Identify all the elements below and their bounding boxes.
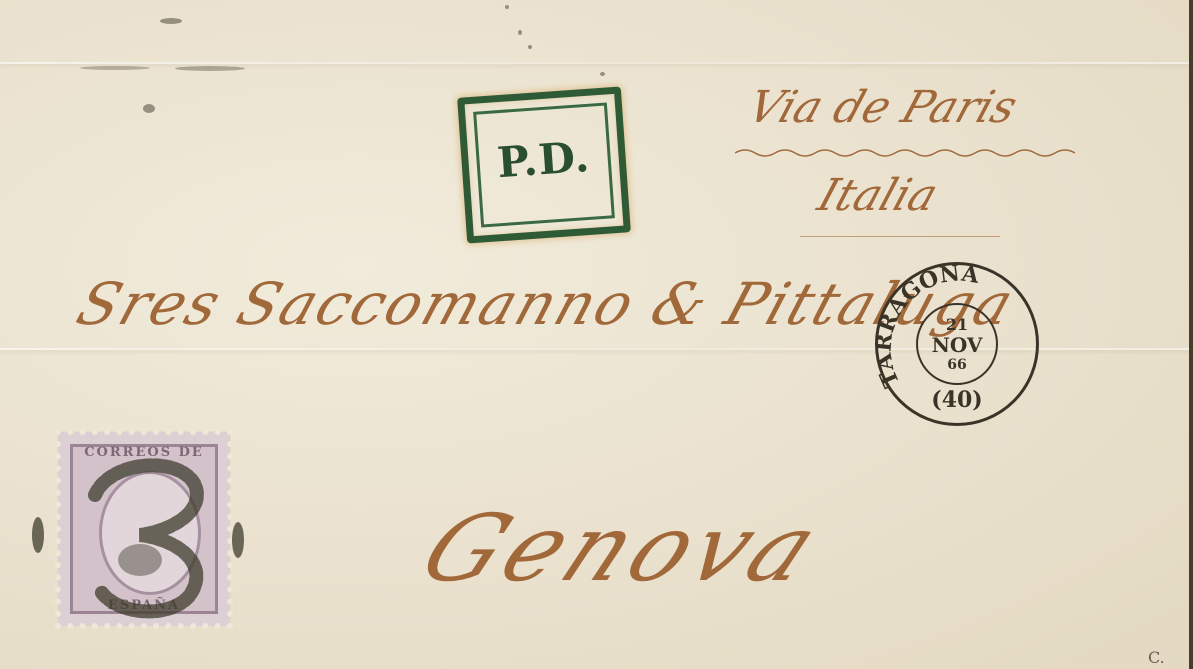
- date-stamp-year: 66: [878, 357, 1036, 373]
- date-stamp-month: NOV: [878, 333, 1036, 357]
- fold-line-top: [0, 62, 1193, 64]
- pd-handstamp: P.D.: [457, 86, 631, 243]
- ink-smudge: [505, 5, 509, 9]
- wavy-underline: [735, 145, 1080, 159]
- circular-date-stamp: TARRAGONA 21 NOV 66 (40): [875, 262, 1039, 426]
- cover-edge: [1189, 0, 1193, 669]
- ink-smudge: [160, 18, 182, 24]
- corner-mark: C.: [1148, 648, 1165, 667]
- routing-underline: [800, 236, 1000, 237]
- ink-smudge: [528, 45, 532, 49]
- ink-smudge: [518, 30, 522, 35]
- destination-city: Genova: [405, 495, 840, 602]
- postal-cover: P.D. Via de Paris Italia Sres Saccomanno…: [0, 0, 1193, 669]
- date-stamp-day: 21: [878, 315, 1036, 334]
- ink-smudge: [80, 66, 150, 70]
- numeral-cancel: [30, 440, 250, 620]
- routing-line-2: Italia: [812, 170, 944, 221]
- date-stamp-code: (40): [878, 387, 1036, 413]
- ink-smudge: [175, 66, 245, 71]
- ink-smudge: [143, 104, 155, 113]
- ink-smudge: [600, 72, 605, 76]
- routing-line-1: Via de Paris: [742, 82, 1024, 133]
- pd-handstamp-text: P.D.: [467, 130, 620, 189]
